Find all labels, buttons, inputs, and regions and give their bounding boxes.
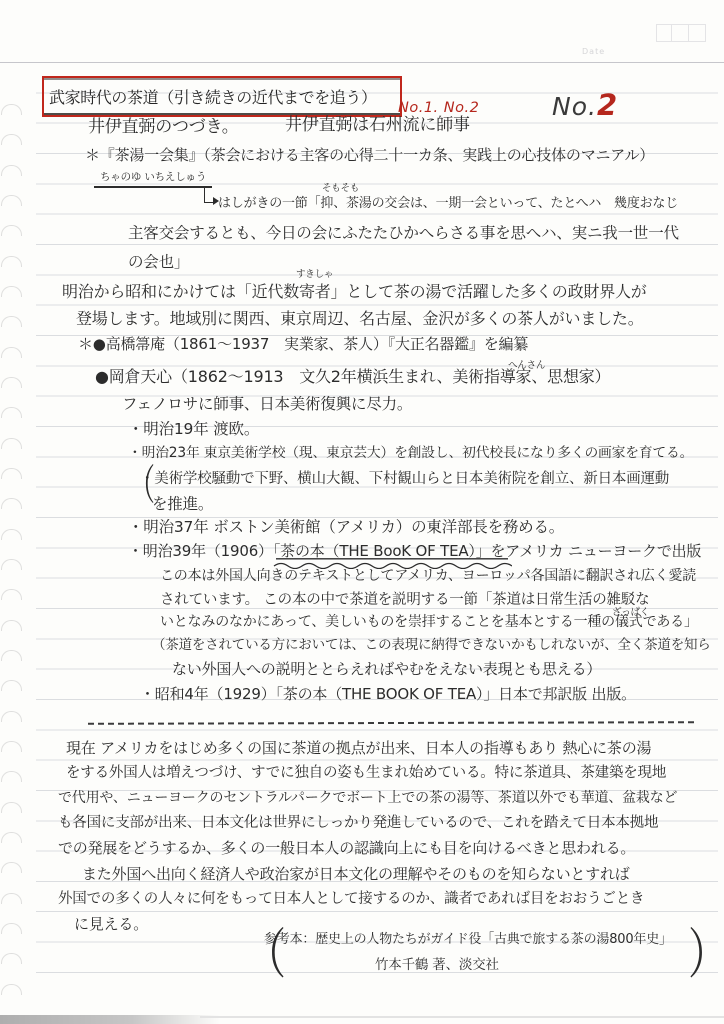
binder-hole: [1, 559, 22, 570]
handwritten-line: ＊『茶湯一会集』（茶会における主客の心得二十一カ条、実践上の心技体のマニアル）: [85, 147, 654, 164]
binder-hole: [1, 620, 22, 631]
handwritten-line: 竹本千鶴 著、淡交社: [375, 958, 499, 974]
handwritten-line: ・明治19年 渡欧。: [128, 421, 259, 439]
binder-hole: [1, 832, 22, 843]
handwritten-line: で代用や、ニューヨークのセントラルパークでボート上での茶の湯等、茶道以外でも華道…: [58, 790, 677, 806]
furigana-underline: [94, 186, 212, 188]
binder-hole: [1, 741, 22, 752]
handwritten-line: されています。 この本の中で茶道を説明する一節「茶道は日常生活の雑駁な: [160, 592, 649, 609]
binder-hole: [1, 771, 22, 782]
handwritten-line: 井伊直弼のつづき。: [88, 118, 239, 138]
binder-hole: [1, 225, 22, 236]
page-title: 武家時代の茶道（引き続きの近代までを追う）: [44, 85, 377, 108]
binder-hole: [1, 316, 22, 327]
handwritten-line: ＊●高橋箒庵（1861～1937 実業家、茶人）『大正名器鑑』を編纂: [78, 336, 528, 353]
binder-hole: [1, 893, 22, 904]
handwritten-line: ・明治23年 東京美術学校（現、東京芸大）を創設し、初代校長になり多くの画家を育…: [128, 446, 693, 462]
handwritten-line: また外国へ出向く経済人や政治家が日本文化の理解やそのものを知らないとすれば: [82, 866, 630, 883]
handwritten-line: ・昭和4年（1929）「茶の本（THE BOOK OF TEA）」日本で邦訳版 …: [140, 686, 636, 703]
binder-hole: [1, 347, 22, 358]
handwritten-line: での発展をどうするか、多くの一般日本人の認識向上にも目を向けるべきと思われる。: [58, 840, 635, 857]
furigana: そもそも: [322, 184, 359, 195]
binder-hole: [1, 650, 22, 661]
page-number-digit: 2: [597, 88, 618, 122]
binder-hole: [1, 680, 22, 691]
handwritten-line: を推進。: [152, 496, 213, 514]
binder-hole: [1, 953, 22, 964]
binder-hole: [1, 468, 22, 479]
binder-hole: [1, 286, 22, 297]
binder-hole: [1, 802, 22, 813]
dashed-divider: [88, 721, 694, 725]
binder-hole: [1, 407, 22, 418]
header-rule-line: [0, 62, 724, 63]
handwritten-line: に見える。: [74, 916, 148, 933]
reference-paren-right: ）: [688, 924, 724, 986]
handwritten-line: ・明治37年 ボストン美術館（アメリカ）の東洋部長を務める。: [128, 519, 564, 537]
binder-hole: [1, 923, 22, 934]
page-number-prefix: No.: [552, 92, 597, 121]
handwritten-line: （茶道をされている方においては、この表現に納得できないかもしれないが、全く茶道を…: [152, 638, 711, 654]
binder-hole: [1, 984, 22, 995]
binder-hole: [1, 134, 22, 145]
binder-hole: [1, 498, 22, 509]
handwritten-line: フェノロサに師事、日本美術復興に尽力。: [122, 396, 412, 414]
handwritten-line: 登場します。地域別に関西、東京周辺、名古屋、金沢が多くの茶人がいました。: [76, 310, 644, 328]
furigana: ちゃのゆ いちえしゅう: [100, 171, 206, 183]
binder-hole: [1, 195, 22, 206]
binder-hole: [1, 529, 22, 540]
furigana: すきしゃ: [296, 270, 333, 281]
handwritten-line: はしがきの一節「抑、茶湯の交会は、一期一会といって、たとへハ 幾度おなじ: [218, 197, 678, 212]
notebook-page: Date 武家時代の茶道（引き続きの近代までを追う） No.1. No.2 No…: [0, 0, 724, 1024]
binder-hole: [1, 377, 22, 388]
handwritten-line: も各国に支部が出来、日本文化は世界にしっかり発進しているので、これを踏えて日本本…: [58, 815, 658, 832]
scan-edge-line: [200, 1016, 724, 1018]
binder-hole: [1, 862, 22, 873]
binder-hole: [1, 165, 22, 176]
handwritten-line: 参考本：歴史上の人物たちがガイド役「古典で旅する茶の湯800年史」: [264, 933, 672, 948]
page-number-small: No.1. No.2: [398, 100, 479, 116]
handwritten-line: 現在 アメリカをはじめ多くの国に茶道の拠点が出来、日本人の指導もあり 熱心に茶の…: [66, 740, 651, 757]
title-box: 武家時代の茶道（引き続きの近代までを追う）: [42, 76, 402, 117]
handwritten-line: ・美術学校騒動で下野、横山大観、下村観山らと日本美術院を創立、新日本画運動: [140, 471, 669, 488]
binder-hole: [1, 589, 22, 600]
handwritten-line: ない外国人への説明ととらえればやむをえない表現とも思える）: [172, 661, 601, 678]
handwritten-line: をする外国人は増えつづけ、すでに独自の姿も生まれ始めている。特に茶道具、茶建築を…: [66, 765, 666, 782]
page-number-large: No.2: [552, 88, 618, 122]
handwritten-line: 明治から昭和にかけては「近代数寄者」として茶の湯で活躍した多くの政財界人が: [62, 283, 647, 301]
date-label: Date: [582, 47, 605, 56]
handwritten-line: いとなみのなかにあって、美しいものを崇拝することを基本とする一種の儀式である」: [160, 614, 698, 630]
binder-hole: [1, 711, 22, 722]
binder-hole: [1, 256, 22, 267]
handwritten-line: ●岡倉天心（1862～1913 文久2年横浜生まれ、美術指導家、思想家）: [95, 368, 610, 386]
binder-hole: [1, 438, 22, 449]
handwritten-line: 井伊直弼は石州流に師事: [285, 116, 470, 136]
scan-edge-shadow: [0, 1015, 220, 1024]
page-number-grid: [656, 24, 706, 42]
handwritten-line: ・明治39年（1906）「茶の本（THE BooK OF TEA）」をアメリカ …: [128, 543, 701, 560]
handwritten-line: 主客交会するとも、今日の会にふたたひかへらさる事を思へハ、実ニ我一世一代: [128, 225, 679, 243]
handwritten-line: この本は外国人向きのテキストとしてアメリカ、ヨーロッパ各国語に翻訳され広く愛読: [160, 568, 696, 584]
handwritten-line: の会也」: [128, 254, 189, 272]
handwritten-line: 外国での多くの人々に何をもって日本人として接するのか、識者であれば目をおおうごと…: [58, 891, 644, 908]
binder-hole: [1, 104, 22, 115]
